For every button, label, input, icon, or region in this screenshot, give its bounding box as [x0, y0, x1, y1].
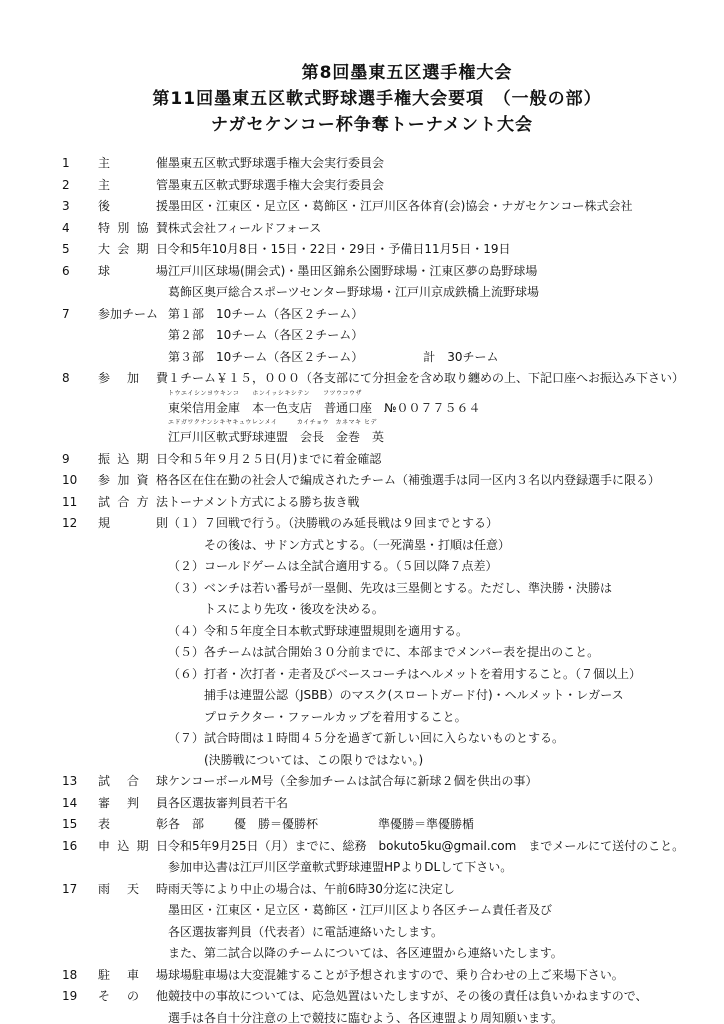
item-label: 大会期日: [98, 239, 168, 261]
item-awards: 15 表彰 各 部優 勝＝優勝杯準優勝＝準優勝楯: [62, 814, 712, 836]
item-organizer: 1 主催 墨東五区軟式野球選手権大会実行委員会: [62, 153, 712, 175]
document-header: 第8回墨東五区選手権大会 第11回墨東五区軟式野球選手権大会要項 （一般の部） …: [0, 60, 724, 138]
item-content: 各区選抜審判員若干名: [168, 793, 712, 815]
item-teams: 7 参加チーム 第１部 10チーム（各区２チーム） 第２部 10チーム（各区２チ…: [62, 304, 712, 369]
item-label: 駐車場: [98, 965, 168, 987]
item-content: ケンコーボールM号（全参加チームは試合毎に新球２個を供出の事）: [168, 771, 712, 793]
item-rules: 12 規則 （１）７回戦で行う。（決勝戦のみ延長戦は９回までとする） その後は、…: [62, 513, 712, 771]
item-rain: 17 雨天時 雨天等により中止の場合は、午前6時30分迄に決定し 墨田区・江東区…: [62, 879, 712, 965]
item-label: 後援: [98, 196, 168, 218]
item-content: 第１部 10チーム（各区２チーム） 第２部 10チーム（各区２チーム） 第３部 …: [168, 304, 712, 369]
item-content: トーナメント方式による勝ち抜き戦: [168, 492, 712, 514]
item-label: 参加費: [98, 368, 168, 449]
item-ball: 13 試合球 ケンコーボールM号（全参加チームは試合毎に新球２個を供出の事）: [62, 771, 712, 793]
item-number: 7: [62, 304, 98, 369]
item-number: 10: [62, 470, 98, 492]
item-number: 8: [62, 368, 98, 449]
item-number: 5: [62, 239, 98, 261]
item-number: 1: [62, 153, 98, 175]
rule-4: （４）令和５年度全日本軟式野球連盟規則を適用する。: [168, 621, 712, 643]
rule-5: （５）各チームは試合開始３０分前までに、本部までメンバー表を提出のこと。: [168, 642, 712, 664]
item-number: 19: [62, 986, 98, 1024]
rule-7: （７）試合時間は１時間４５分を過ぎて新しい回に入らないものとする。: [168, 728, 712, 750]
item-label: 主催: [98, 153, 168, 175]
item-label: 参加資格: [98, 470, 168, 492]
item-content: １チーム￥１５，０００（各支部にて分担金を含め取り纏めの上、下記口座へお振込み下…: [168, 368, 712, 449]
item-label: 主管: [98, 175, 168, 197]
item-label: 試合球: [98, 771, 168, 793]
item-number: 2: [62, 175, 98, 197]
item-content: 令和5年9月25日（月）までに、総務 bokuto5ku@gmail.com ま…: [168, 836, 712, 879]
item-content: 球場駐車場は大変混雑することが予想されますので、乗り合わせの上ご来場下さい。: [168, 965, 712, 987]
item-label: 規則: [98, 513, 168, 771]
rule-3: （３）ベンチは若い番号が一塁側、先攻は三塁側とする。ただし、準決勝・決勝は: [168, 578, 712, 600]
item-content: 江戸川区球場(開会式)・墨田区錦糸公園野球場・江東区夢の島野球場 葛飾区奥戸総合…: [168, 261, 712, 304]
item-label: 雨天時: [98, 879, 168, 965]
item-fee: 8 参加費 １チーム￥１５，０００（各支部にて分担金を含め取り纏めの上、下記口座…: [62, 368, 712, 449]
item-label: 試合方法: [98, 492, 168, 514]
bank-ruby: トウエイシンヨウキンコ ホンイッシキシテン フツウコウザ: [168, 390, 712, 398]
item-number: 6: [62, 261, 98, 304]
item-content: 墨東五区軟式野球選手権大会実行委員会: [168, 153, 712, 175]
item-content: 令和5年10月8日・15日・22日・29日・予備日11月5日・19日: [168, 239, 712, 261]
item-number: 16: [62, 836, 98, 879]
item-venues: 6 球場 江戸川区球場(開会式)・墨田区錦糸公園野球場・江東区夢の島野球場 葛飾…: [62, 261, 712, 304]
item-content: 墨東五区軟式野球選手権大会実行委員会: [168, 175, 712, 197]
bank-account: 東栄信用金庫 本一色支店 普通口座 №００７７５６４: [168, 398, 712, 420]
account-holder: 江戸川区軟式野球連盟 会長 金巻 英: [168, 427, 712, 449]
rule-6: （６）打者・次打者・走者及びベースコーチはヘルメットを着用すること。（７個以上）: [168, 664, 712, 686]
item-number: 15: [62, 814, 98, 836]
item-other: 19 その他 競技中の事故については、応急処置はいたしますが、その後の責任は負い…: [62, 986, 712, 1024]
item-content: 株式会社フィールドフォース: [168, 218, 712, 240]
item-parking: 18 駐車場 球場駐車場は大変混雑することが予想されますので、乗り合わせの上ご来…: [62, 965, 712, 987]
title-tournament: 第8回墨東五区選手権大会: [90, 60, 724, 86]
item-content: 令和５年９月２５日(月)までに着金確認: [168, 449, 712, 471]
item-label: 申込期日: [98, 836, 168, 879]
item-umpires: 14 審判員 各区選抜審判員若干名: [62, 793, 712, 815]
item-support: 3 後援 墨田区・江東区・足立区・葛飾区・江戸川区各体育(会)協会・ナガセケンコ…: [62, 196, 712, 218]
item-content: 墨田区・江東区・足立区・葛飾区・江戸川区各体育(会)協会・ナガセケンコー株式会社: [168, 196, 712, 218]
guidelines-list: 1 主催 墨東五区軟式野球選手権大会実行委員会 2 主管 墨東五区軟式野球選手権…: [62, 153, 712, 1024]
item-number: 11: [62, 492, 98, 514]
holder-ruby: エドガワクナンシキヤキュウレンメイ カイチョウ カネマキ ヒデ: [168, 419, 712, 427]
item-number: 9: [62, 449, 98, 471]
item-sponsor: 4 特別協賛 株式会社フィールドフォース: [62, 218, 712, 240]
rules-list: （１）７回戦で行う。（決勝戦のみ延長戦は９回までとする） その後は、サドン方式と…: [168, 513, 712, 771]
item-label: その他: [98, 986, 168, 1024]
item-content: 各区在住在勤の社会人で編成されたチーム（補強選手は同一区内３名以内登録選手に限る…: [168, 470, 712, 492]
item-number: 18: [62, 965, 98, 987]
item-payment-deadline: 9 振込期日 令和５年９月２５日(月)までに着金確認: [62, 449, 712, 471]
item-application: 16 申込期日 令和5年9月25日（月）までに、総務 bokuto5ku@gma…: [62, 836, 712, 879]
item-format: 11 試合方法 トーナメント方式による勝ち抜き戦: [62, 492, 712, 514]
item-label: 審判員: [98, 793, 168, 815]
item-label: 表彰: [98, 814, 168, 836]
item-number: 12: [62, 513, 98, 771]
item-eligibility: 10 参加資格 各区在住在勤の社会人で編成されたチーム（補強選手は同一区内３名以…: [62, 470, 712, 492]
item-label: 球場: [98, 261, 168, 304]
item-content: 各 部優 勝＝優勝杯準優勝＝準優勝楯: [168, 814, 712, 836]
item-number: 14: [62, 793, 98, 815]
rule-1: （１）７回戦で行う。（決勝戦のみ延長戦は９回までとする）: [168, 513, 712, 535]
team-total: 計 30チーム: [423, 350, 498, 364]
item-number: 13: [62, 771, 98, 793]
item-content: 競技中の事故については、応急処置はいたしますが、その後の責任は負いかねますので、…: [168, 986, 712, 1024]
item-management: 2 主管 墨東五区軟式野球選手権大会実行委員会: [62, 175, 712, 197]
item-label: 参加チーム: [98, 304, 168, 369]
item-dates: 5 大会期日 令和5年10月8日・15日・22日・29日・予備日11月5日・19…: [62, 239, 712, 261]
item-content: 雨天等により中止の場合は、午前6時30分迄に決定し 墨田区・江東区・足立区・葛飾…: [168, 879, 712, 965]
item-number: 4: [62, 218, 98, 240]
rule-2: （２）コールドゲームは全試合適用する。（５回以降７点差）: [168, 556, 712, 578]
item-number: 17: [62, 879, 98, 965]
item-number: 3: [62, 196, 98, 218]
item-label: 振込期日: [98, 449, 168, 471]
title-cup: ナガセケンコー杯争奪トーナメント大会: [20, 112, 724, 138]
title-guidelines: 第11回墨東五区軟式野球選手権大会要項 （一般の部）: [30, 86, 724, 112]
item-label: 特別協賛: [98, 218, 168, 240]
